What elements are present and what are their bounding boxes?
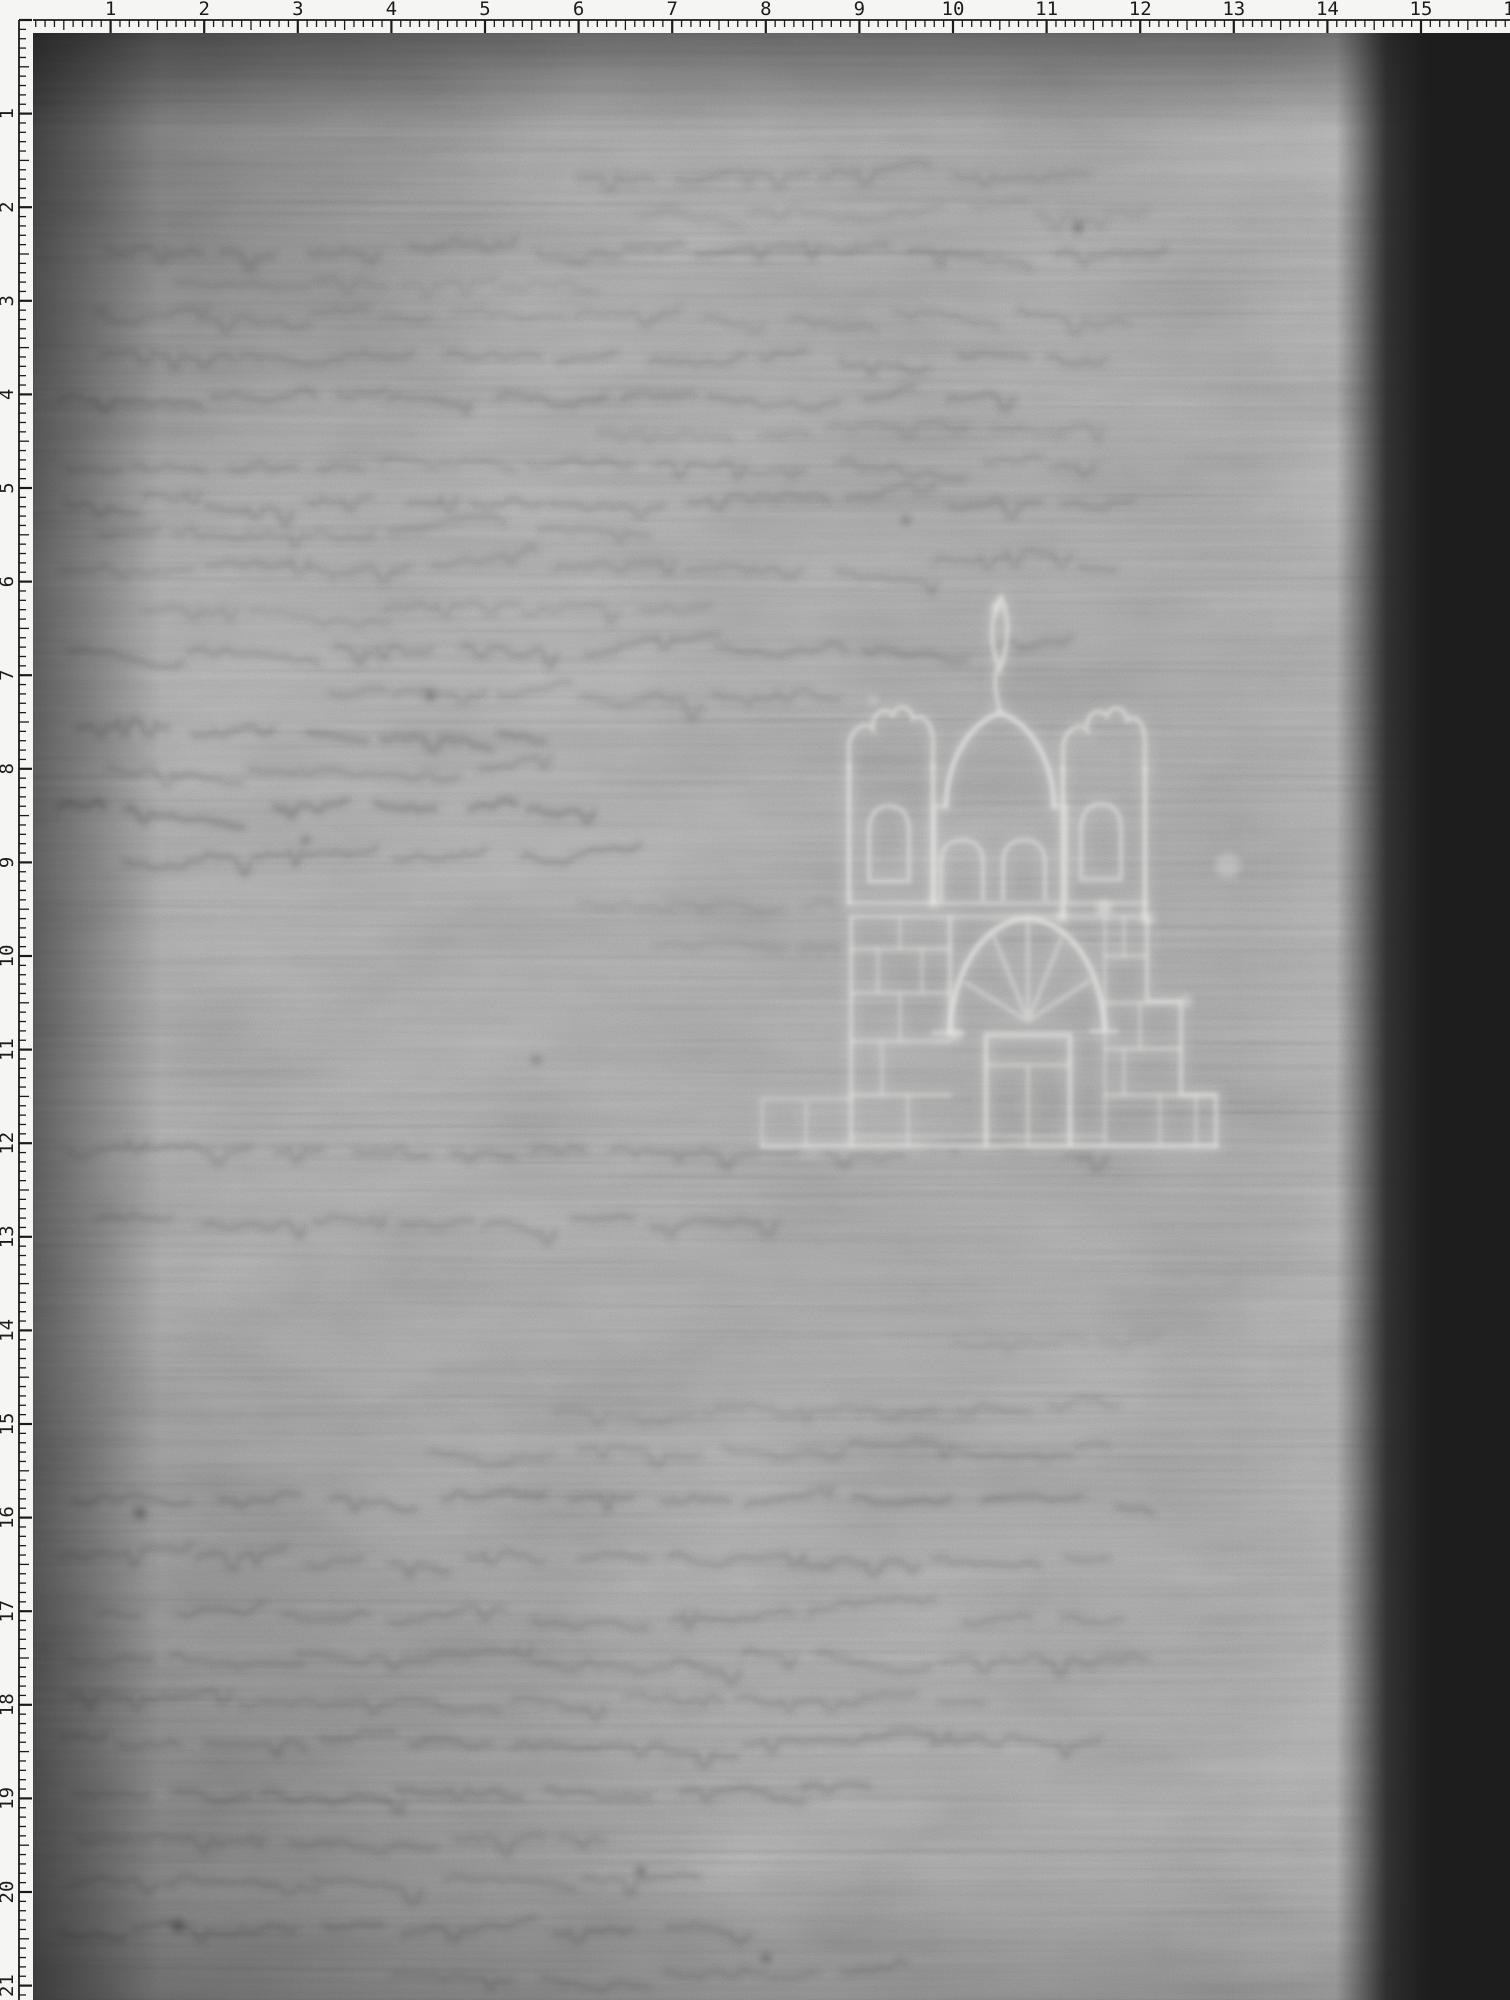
right-shadow-band (1336, 33, 1510, 2000)
ruler-number: 15 (1410, 0, 1433, 20)
ruler-number: 8 (760, 0, 771, 20)
ruler-number: 12 (1129, 0, 1152, 20)
ruler-number: 3 (0, 295, 18, 306)
ruler-number: 11 (0, 1038, 18, 1061)
ruler-number: 3 (292, 0, 303, 20)
ruler-number: 9 (0, 857, 18, 868)
ruler-number: 4 (386, 0, 397, 20)
watermark-node (1096, 900, 1112, 916)
ruler-number: 13 (0, 1225, 18, 1248)
ruler-top: 012345678910111213141516 (0, 0, 1510, 33)
paper-sheet (33, 33, 1510, 2000)
watermark-node (991, 601, 1003, 613)
ruler-number: 16 (0, 1506, 18, 1529)
watermark-node (929, 898, 939, 908)
ruler-number: 10 (0, 945, 18, 968)
paper-speck (532, 1056, 540, 1064)
ruler-number: 8 (0, 763, 18, 774)
ruler-number: 14 (0, 1319, 18, 1342)
watermark-node (1056, 911, 1068, 923)
ruler-number: 10 (942, 0, 965, 20)
watermark-node (949, 1029, 961, 1041)
manuscript-scan: 012345678910111213141516 123456789101112… (0, 0, 1510, 2000)
watermark-node (868, 695, 878, 705)
ruler-number: 1 (0, 108, 18, 119)
scan-viewport: 012345678910111213141516 123456789101112… (0, 0, 1510, 2000)
ruler-number: 20 (0, 1881, 18, 1904)
ruler-number: 12 (0, 1132, 18, 1155)
paper-speck (425, 691, 435, 701)
ruler-number: 5 (479, 0, 490, 20)
vignette-top-left (33, 33, 653, 653)
watermark-node (1142, 913, 1154, 925)
ruler-number: 13 (1222, 0, 1245, 20)
ruler-number: 11 (1035, 0, 1058, 20)
ruler-number: 19 (0, 1787, 18, 1810)
paper-speck (1073, 223, 1083, 233)
ruler-number: 7 (0, 669, 18, 680)
ruler-number: 21 (0, 1974, 18, 1997)
ruler-top-face (0, 0, 1510, 33)
ruler-number: 1 (105, 0, 116, 20)
ruler-number: 14 (1316, 0, 1339, 20)
ruler-number: 15 (0, 1413, 18, 1436)
ruler-number: 6 (0, 576, 18, 587)
ruler-number: 2 (0, 201, 18, 212)
ruler-number: 16 (1503, 0, 1510, 20)
ruler-number: 6 (573, 0, 584, 20)
paper-speck (302, 836, 310, 844)
ruler-number: 9 (854, 0, 865, 20)
ruler-left: 123456789101112131415161718192021 (0, 0, 33, 2000)
ruler-number: 7 (666, 0, 677, 20)
ruler-number: 18 (0, 1693, 18, 1716)
ruler-number: 4 (0, 389, 18, 400)
paper-speck (902, 516, 910, 524)
watermark-node (1180, 995, 1192, 1007)
ruler-number: 17 (0, 1600, 18, 1623)
ruler-number: 2 (198, 0, 209, 20)
ruler-number: 5 (0, 482, 18, 493)
